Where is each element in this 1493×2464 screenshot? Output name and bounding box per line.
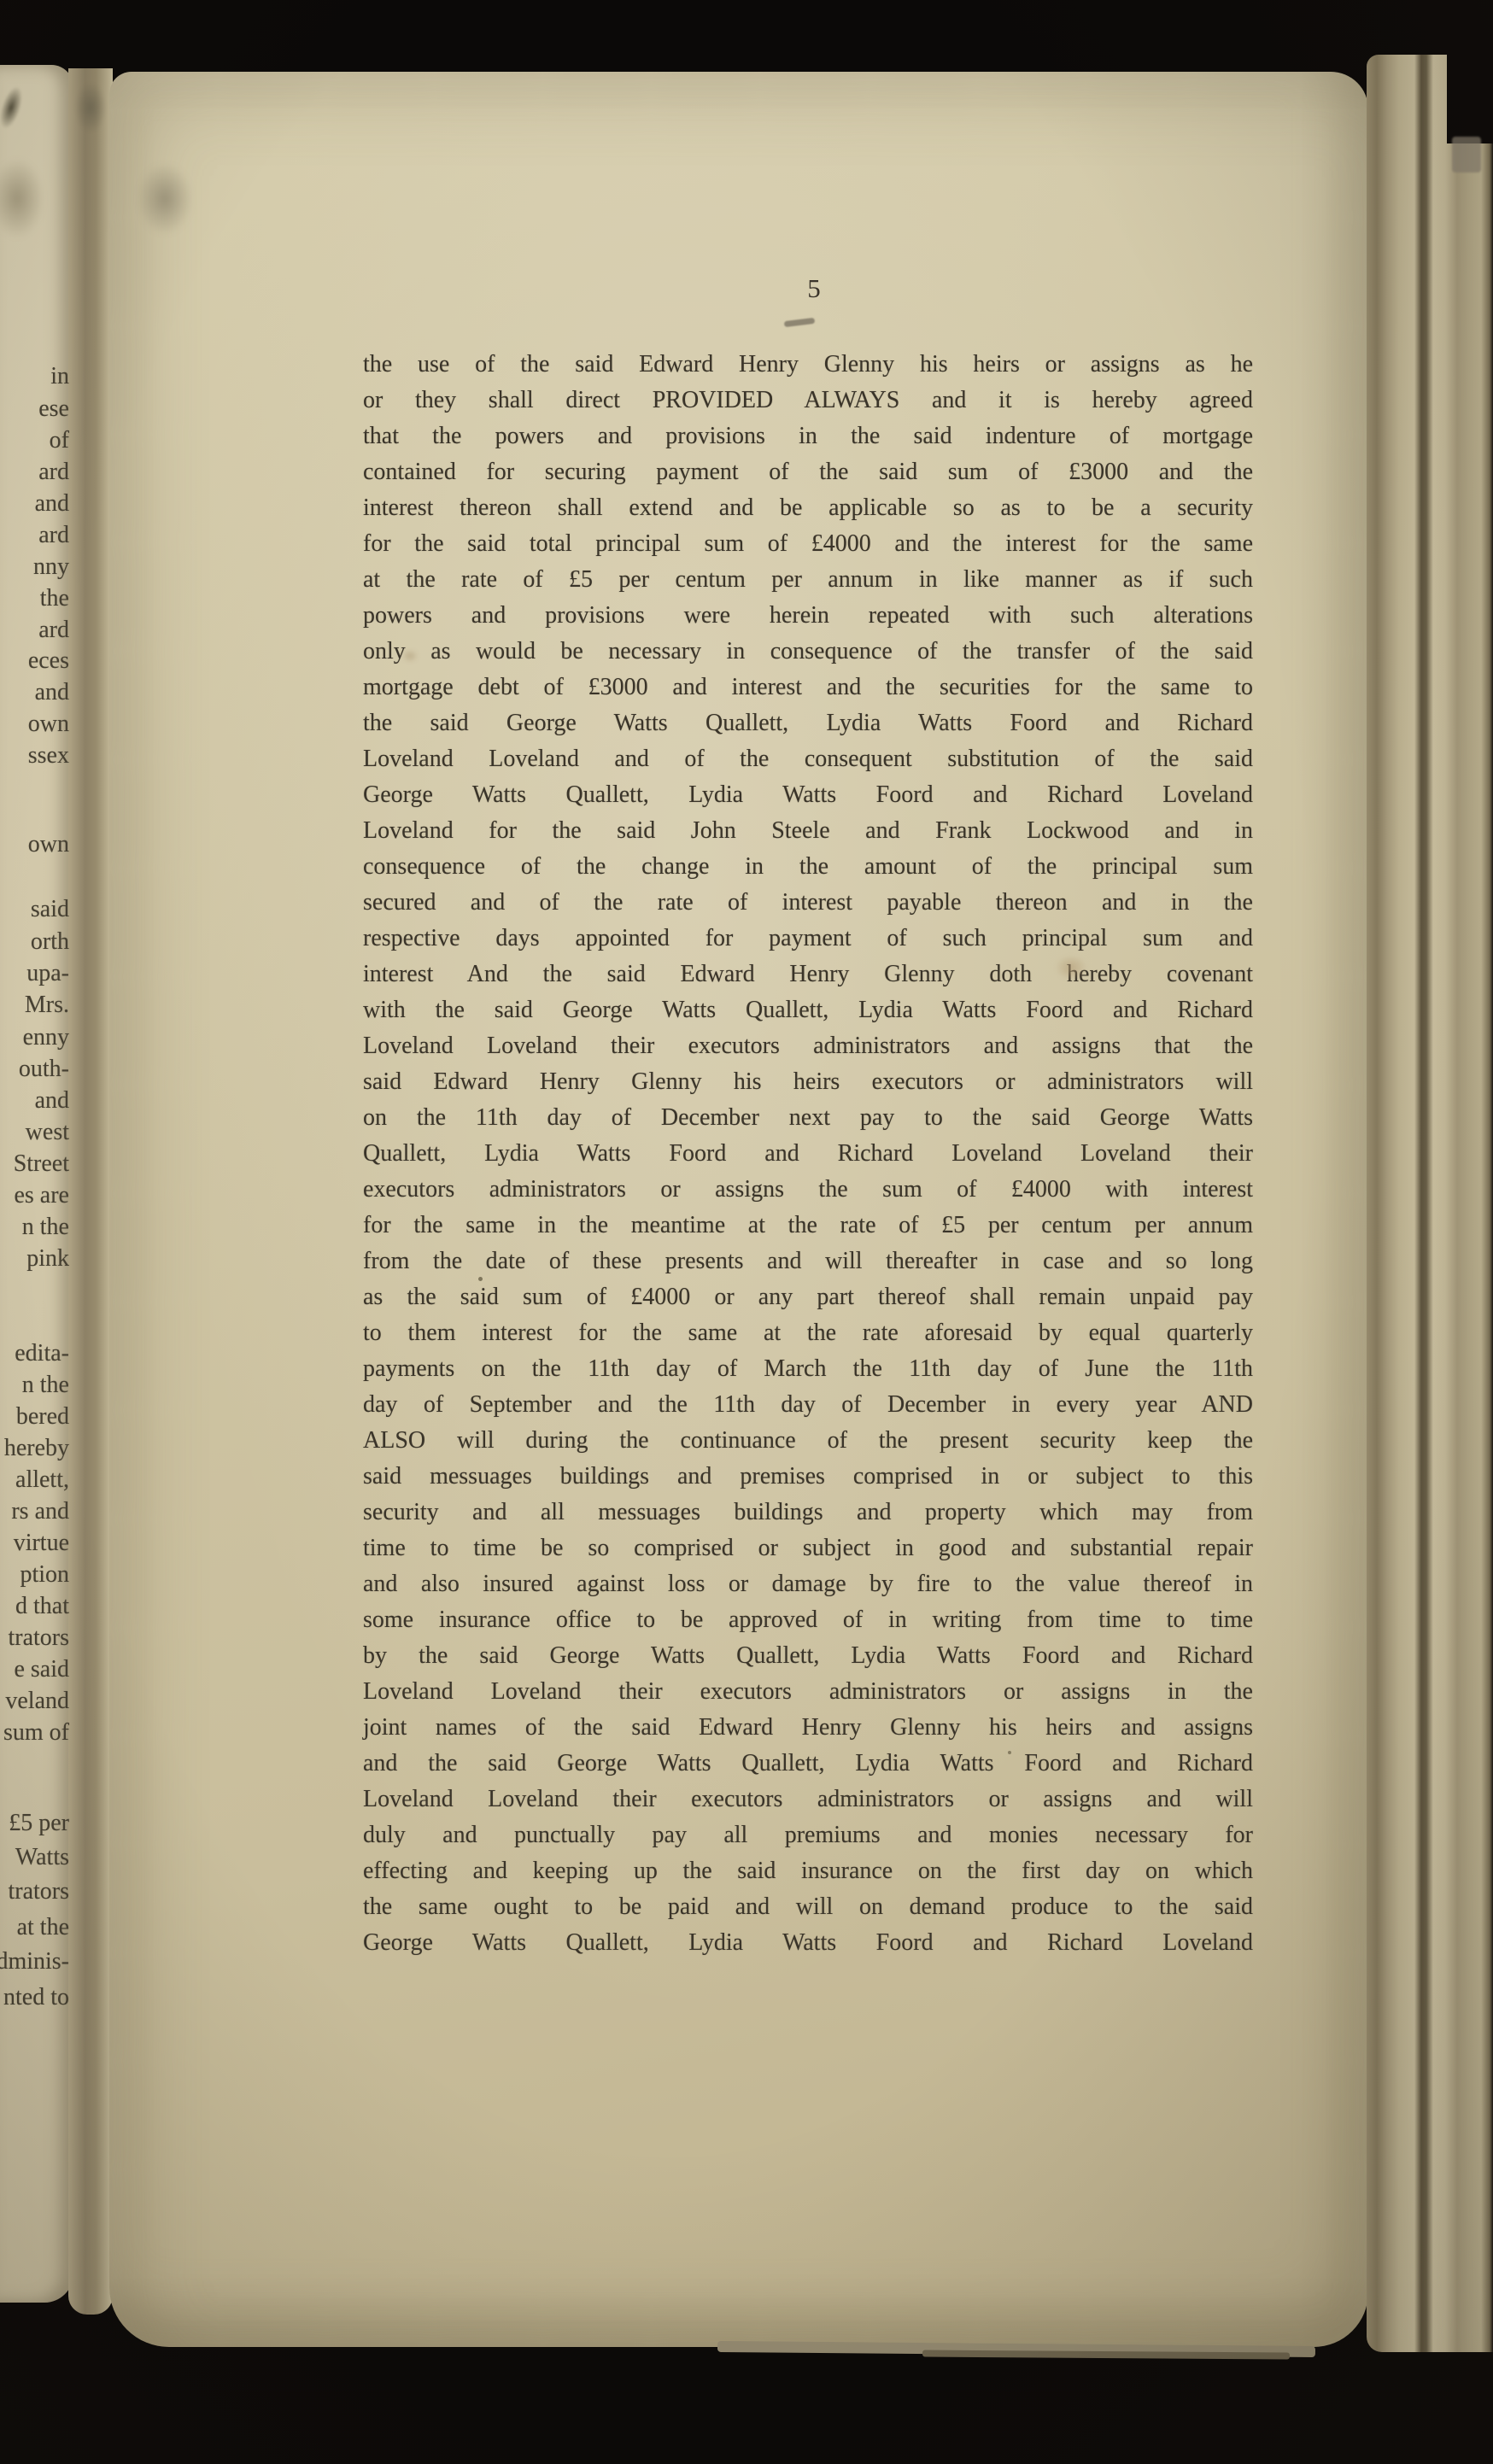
facing-page-line-ending: ese bbox=[38, 395, 69, 424]
text-line: respective days appointed for payment of… bbox=[363, 921, 1253, 957]
facing-page-line-ending: trators bbox=[8, 1624, 69, 1653]
text-line: George Watts Quallett, Lydia Watts Foord… bbox=[363, 1925, 1253, 1961]
facing-page-line-ending: the bbox=[40, 584, 69, 613]
photo-background-corner bbox=[1447, 0, 1493, 143]
facing-page-line-ending: of bbox=[50, 426, 69, 455]
text-line: powers and provisions were herein repeat… bbox=[363, 598, 1253, 634]
text-line: to them interest for the same at the rat… bbox=[363, 1315, 1253, 1351]
facing-page-line-ending: orth bbox=[31, 928, 69, 957]
facing-page-text-fragments: ineseofardandardnnytheardecesandownssexo… bbox=[0, 0, 72, 2464]
book-photo: 5 the use of the said Edward Henry Glenn… bbox=[0, 0, 1493, 2464]
text-line: the same ought to be paid and will on de… bbox=[363, 1889, 1253, 1925]
facing-page-line-ending: and bbox=[35, 678, 69, 707]
facing-page-line-ending: nted to bbox=[3, 1983, 69, 2012]
facing-page-line-ending: trators bbox=[8, 1877, 69, 1906]
text-line: and also insured against loss or damage … bbox=[363, 1566, 1253, 1602]
page-number: 5 bbox=[784, 273, 844, 304]
facing-page-line-ending: nny bbox=[33, 553, 69, 582]
text-line: payments on the 11th day of March the 11… bbox=[363, 1351, 1253, 1387]
facing-page-line-ending: ard bbox=[38, 521, 69, 550]
text-line: secured and of the rate of interest paya… bbox=[363, 885, 1253, 921]
facing-page-line-ending: at the bbox=[17, 1913, 69, 1942]
facing-page-line-ending: e said bbox=[14, 1655, 69, 1684]
facing-page-line-ending: edita- bbox=[15, 1339, 69, 1368]
facing-page-line-ending: pink bbox=[26, 1244, 69, 1273]
facing-page-line-ending: Mrs. bbox=[25, 991, 69, 1020]
facing-page-line-ending: own bbox=[28, 830, 69, 859]
text-line: only as would be necessary in consequenc… bbox=[363, 634, 1253, 670]
text-line: Loveland Loveland and of the consequent … bbox=[363, 741, 1253, 777]
facing-page-line-ending: n the bbox=[22, 1213, 69, 1242]
facing-page-line-ending: sum of bbox=[3, 1718, 69, 1747]
text-line: ALSO will during the continuance of the … bbox=[363, 1423, 1253, 1459]
text-line: as the said sum of £4000 or any part the… bbox=[363, 1279, 1253, 1315]
text-line: some insurance office to be approved of … bbox=[363, 1602, 1253, 1638]
text-line: that the powers and provisions in the sa… bbox=[363, 418, 1253, 454]
facing-page-line-ending: upa- bbox=[26, 959, 69, 988]
facing-page-line-ending: and bbox=[35, 1086, 69, 1115]
facing-page-line-ending: d that bbox=[15, 1592, 69, 1621]
facing-page-line-ending: veland bbox=[5, 1687, 69, 1716]
facing-page-line-ending: virtue bbox=[14, 1529, 69, 1558]
text-line: Loveland Loveland their executors admini… bbox=[363, 1782, 1253, 1817]
text-line: and the said George Watts Quallett, Lydi… bbox=[363, 1746, 1253, 1782]
facing-page-line-ending: outh- bbox=[19, 1055, 69, 1084]
text-line: on the 11th day of December next pay to … bbox=[363, 1100, 1253, 1136]
text-line: Loveland Loveland their executors admini… bbox=[363, 1674, 1253, 1710]
text-line: said messuages buildings and premises co… bbox=[363, 1459, 1253, 1495]
facing-page-line-ending: in bbox=[50, 362, 69, 391]
facing-page-line-ending: allett, bbox=[15, 1466, 69, 1495]
text-line: the use of the said Edward Henry Glenny … bbox=[363, 347, 1253, 383]
book-gutter bbox=[68, 68, 113, 2315]
page-edge-fragment bbox=[1452, 137, 1481, 173]
text-line: security and all messuages buildings and… bbox=[363, 1495, 1253, 1530]
page-stack-edges bbox=[1367, 55, 1493, 2352]
facing-page-line-ending: ard bbox=[38, 458, 69, 487]
facing-page-line-ending: rs and bbox=[11, 1497, 69, 1526]
text-line: contained for securing payment of the sa… bbox=[363, 454, 1253, 490]
text-line: joint names of the said Edward Henry Gle… bbox=[363, 1710, 1253, 1746]
text-line: interest And the said Edward Henry Glenn… bbox=[363, 957, 1253, 992]
text-line: Loveland for the said John Steele and Fr… bbox=[363, 813, 1253, 849]
text-line: Quallett, Lydia Watts Foord and Richard … bbox=[363, 1136, 1253, 1172]
facing-page-line-ending: £5 per bbox=[9, 1809, 69, 1838]
text-line: day of September and the 11th day of Dec… bbox=[363, 1387, 1253, 1423]
text-line: said Edward Henry Glenny his heirs execu… bbox=[363, 1064, 1253, 1100]
text-line: the said George Watts Quallett, Lydia Wa… bbox=[363, 705, 1253, 741]
facing-page-line-ending: es are bbox=[14, 1181, 69, 1210]
text-line: George Watts Quallett, Lydia Watts Foord… bbox=[363, 777, 1253, 813]
facing-page-line-ending: enny bbox=[23, 1023, 69, 1052]
text-line: Loveland Loveland their executors admini… bbox=[363, 1028, 1253, 1064]
text-line: duly and punctually pay all premiums and… bbox=[363, 1817, 1253, 1853]
text-line: consequence of the change in the amount … bbox=[363, 849, 1253, 885]
facing-page-line-ending: hereby bbox=[4, 1434, 69, 1463]
facing-page-line-ending: ssex bbox=[28, 741, 69, 770]
text-line: or they shall direct PROVIDED ALWAYS and… bbox=[363, 383, 1253, 418]
text-line: time to time be so comprised or subject … bbox=[363, 1530, 1253, 1566]
facing-page-line-ending: ard bbox=[38, 616, 69, 645]
text-line: by the said George Watts Quallett, Lydia… bbox=[363, 1638, 1253, 1674]
bottom-page-edge-sliver bbox=[922, 2350, 1290, 2359]
document-page: 5 the use of the said Edward Henry Glenn… bbox=[109, 72, 1368, 2347]
facing-page-line-ending: eces bbox=[28, 647, 69, 676]
text-line: executors administrators or assigns the … bbox=[363, 1172, 1253, 1208]
text-line: at the rate of £5 per centum per annum i… bbox=[363, 562, 1253, 598]
body-text: the use of the said Edward Henry Glenny … bbox=[363, 347, 1253, 1961]
facing-page-line-ending: n the bbox=[22, 1371, 69, 1400]
facing-page-line-ending: bered bbox=[16, 1402, 69, 1431]
facing-page-line-ending: dminis- bbox=[0, 1947, 69, 1976]
facing-page-line-ending: own bbox=[28, 710, 69, 739]
text-line: for the said total principal sum of £400… bbox=[363, 526, 1253, 562]
facing-page-line-ending: and bbox=[35, 489, 69, 518]
text-line: mortgage debt of £3000 and interest and … bbox=[363, 670, 1253, 705]
text-line: interest thereon shall extend and be app… bbox=[363, 490, 1253, 526]
facing-page-line-ending: ption bbox=[20, 1560, 69, 1589]
facing-page-line-ending: Watts bbox=[15, 1843, 69, 1872]
text-line: effecting and keeping up the said insura… bbox=[363, 1853, 1253, 1889]
text-line: with the said George Watts Quallett, Lyd… bbox=[363, 992, 1253, 1028]
facing-page-line-ending: said bbox=[31, 895, 69, 924]
text-line: from the date of these presents and will… bbox=[363, 1244, 1253, 1279]
facing-page-line-ending: west bbox=[26, 1118, 69, 1147]
facing-page-line-ending: Street bbox=[14, 1150, 69, 1179]
text-line: for the same in the meantime at the rate… bbox=[363, 1208, 1253, 1244]
